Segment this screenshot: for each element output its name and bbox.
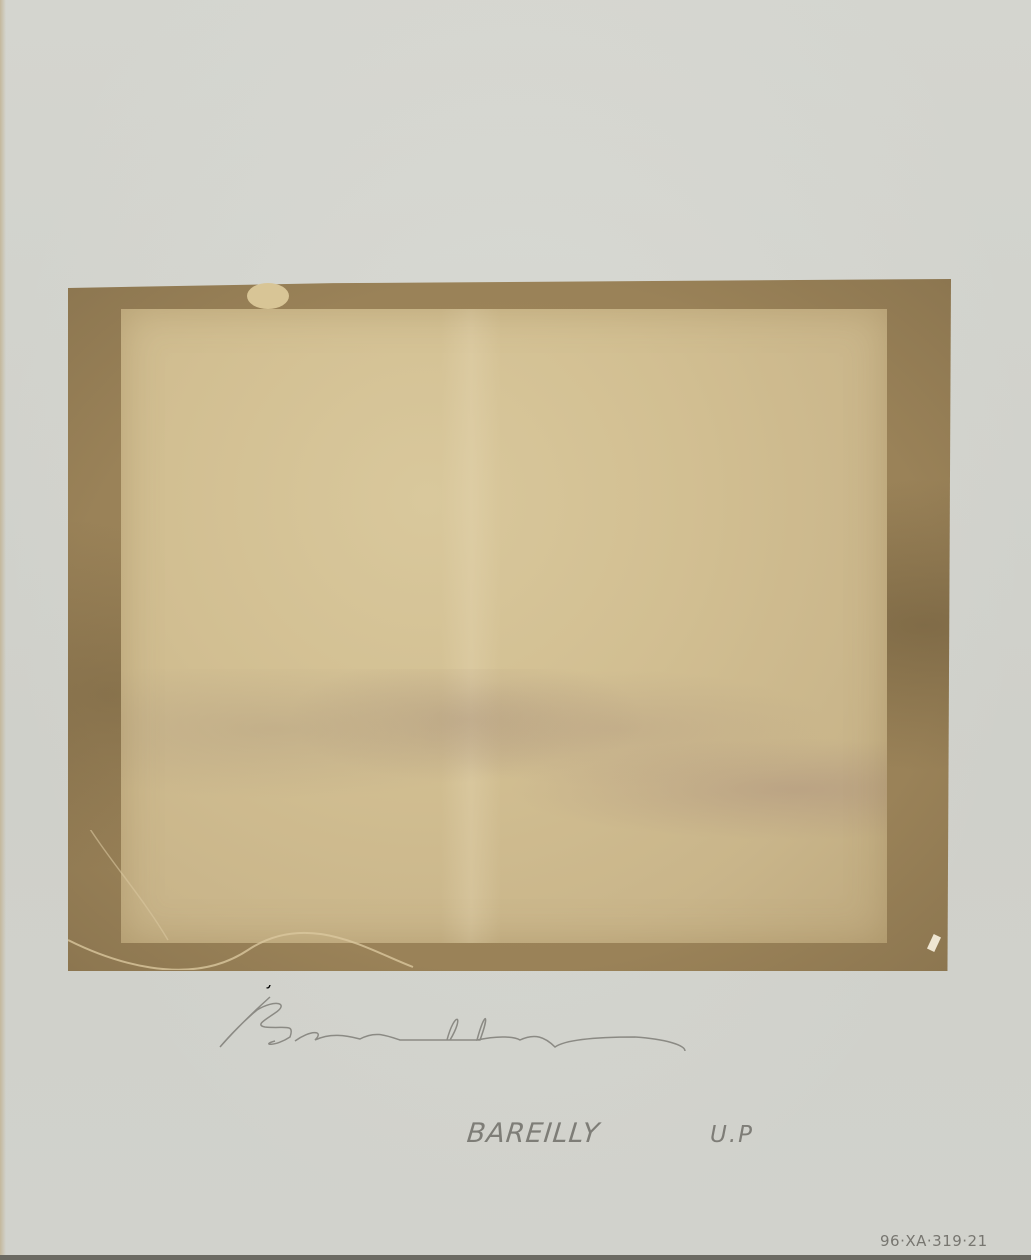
caption-place: BAREILLY <box>465 1118 601 1149</box>
paper-crease <box>68 830 428 970</box>
svg-text:Bareilly: Bareilly <box>215 985 275 989</box>
mount-bottom-edge <box>0 1255 1031 1260</box>
accession-number: 96·XA·319·21 <box>880 1232 988 1250</box>
mount-left-edge <box>0 0 6 1260</box>
caption-region: U.P <box>710 1122 754 1148</box>
mounting-tab-spot <box>247 283 289 309</box>
mount-board: Bareilly Bareilly Bareilly BAREILLY U.P … <box>0 0 1031 1260</box>
pencil-signature: Bareilly <box>215 985 695 1065</box>
